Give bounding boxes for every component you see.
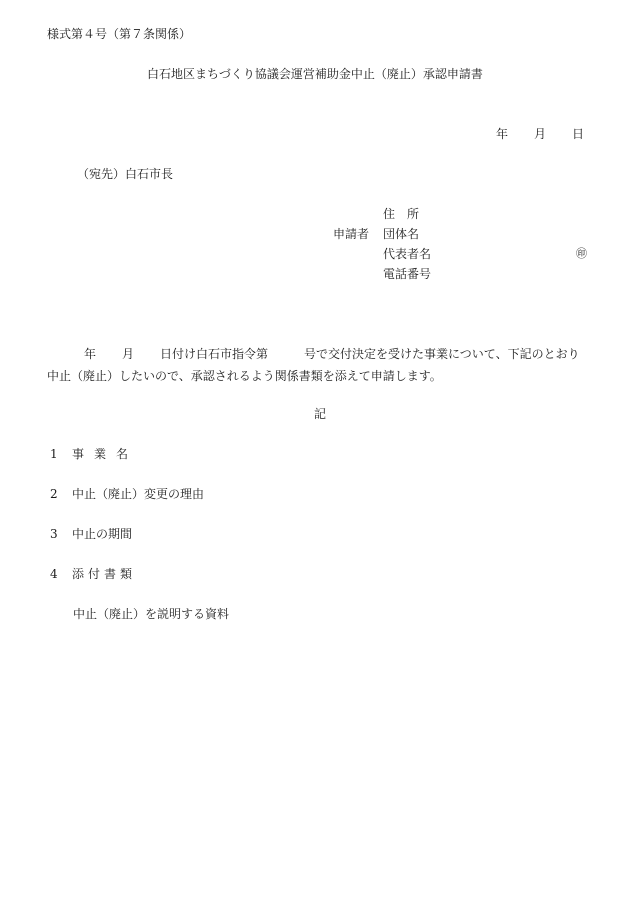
item-label: 事業名 — [72, 447, 138, 461]
field-representative-label: 代表者名 — [383, 248, 431, 260]
form-number: 様式第４号（第７条関係） — [47, 28, 191, 40]
item-number: 2 — [50, 488, 72, 500]
addressee: （宛先）白石市長 — [77, 168, 173, 180]
item-label: 中止の期間 — [72, 527, 132, 541]
ki-heading: 記 — [314, 408, 326, 420]
body-month-label: 月 — [122, 348, 134, 360]
attachment-note: 中止（廃止）を説明する資料 — [73, 608, 229, 620]
date-year-label: 年 — [496, 128, 508, 140]
item-number: 3 — [50, 528, 72, 540]
body-paragraph-line-1: 年月日付け白石市指令第号で交付決定を受けた事業について、下記のとおり — [84, 348, 580, 360]
date-line: 年月日 — [496, 128, 584, 140]
seal-icon: ㊞ — [576, 248, 587, 259]
item-number: 1 — [50, 448, 72, 460]
item-project-name: 1事業名 — [50, 448, 138, 460]
body-paragraph-line-2: 中止（廃止）したいので、承認されるよう関係書類を添えて申請します。 — [47, 370, 442, 382]
body-text-b: 号で交付決定を受けた事業について、下記のとおり — [304, 348, 580, 360]
item-number: 4 — [50, 568, 72, 580]
body-text-a: 日付け白石市指令第 — [160, 348, 268, 360]
item-reason: 2中止（廃止）変更の理由 — [50, 488, 204, 500]
item-period: 3中止の期間 — [50, 528, 132, 540]
field-address-label: 住所 — [383, 208, 431, 220]
field-organization-label: 団体名 — [383, 228, 419, 240]
body-year-label: 年 — [84, 348, 96, 360]
item-label: 中止（廃止）変更の理由 — [72, 487, 204, 501]
document-title: 白石地区まちづくり協議会運営補助金中止（廃止）承認申請書 — [147, 68, 483, 80]
field-phone-label: 電話番号 — [383, 268, 431, 280]
date-day-label: 日 — [572, 128, 584, 140]
item-label: 添付書類 — [72, 567, 136, 581]
applicant-label: 申請者 — [333, 228, 369, 240]
date-month-label: 月 — [534, 128, 546, 140]
item-attachments: 4添付書類 — [50, 568, 136, 580]
